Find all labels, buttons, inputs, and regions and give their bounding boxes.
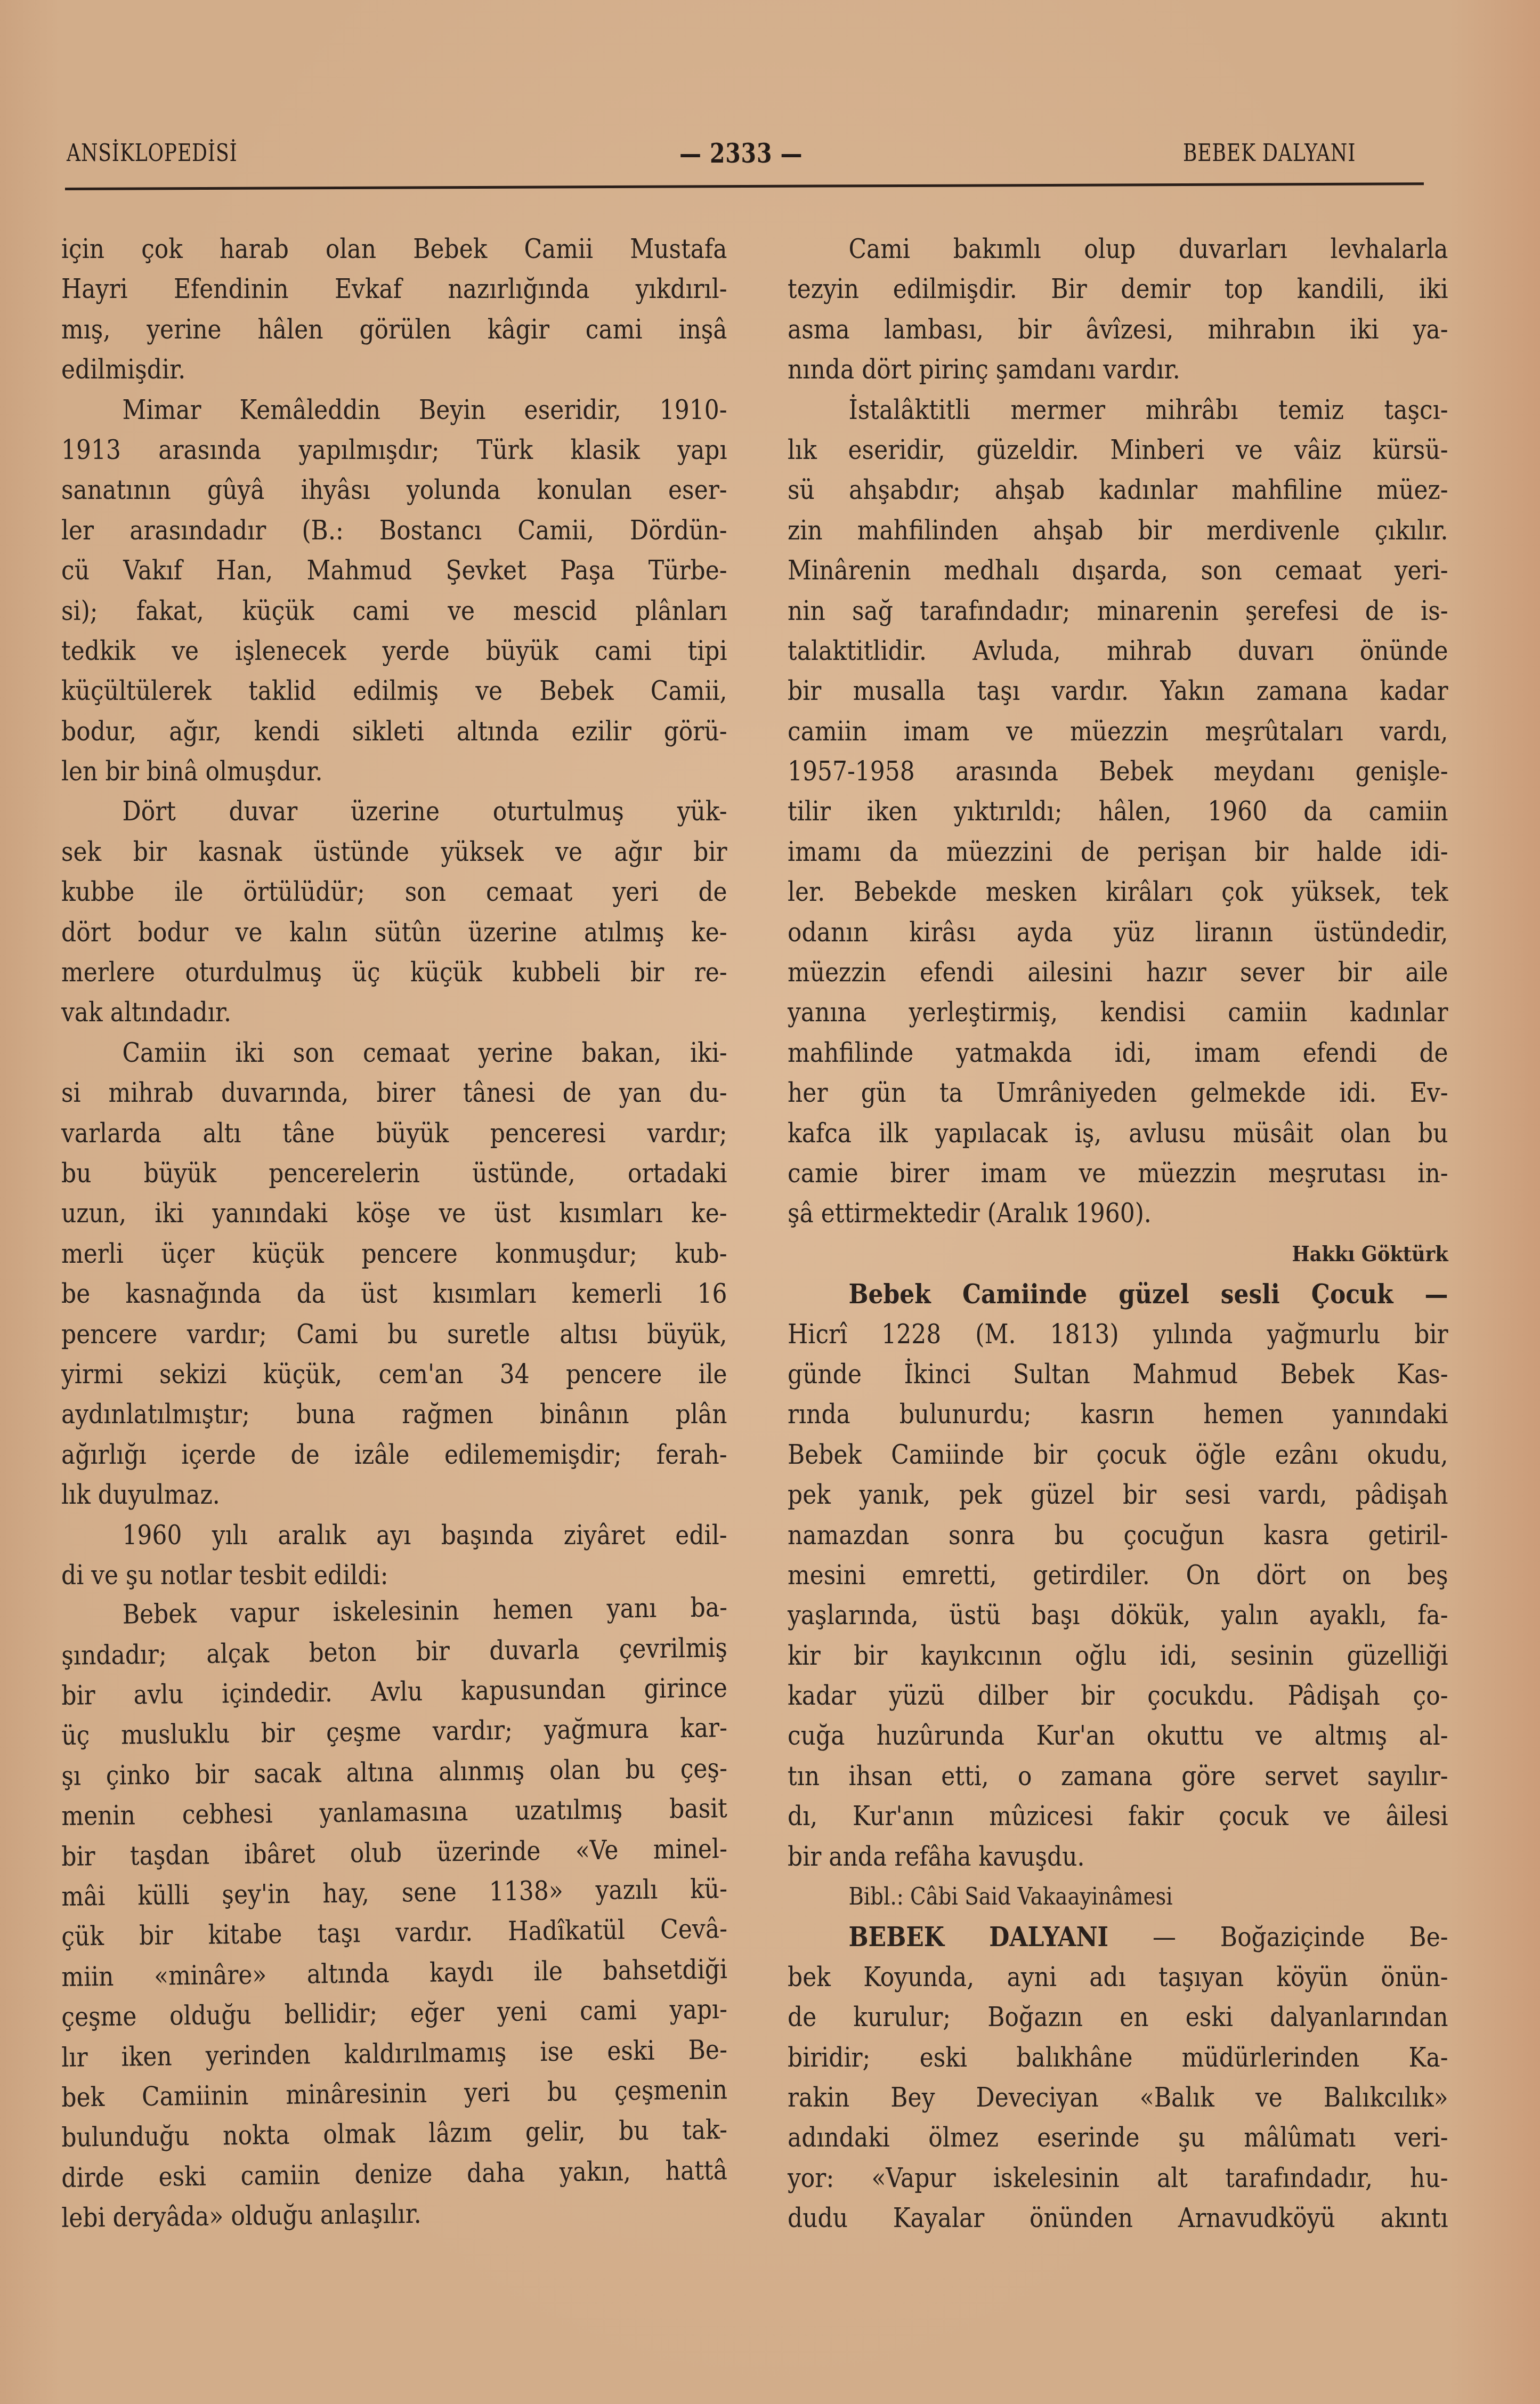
header-publication-title: ANSİKLOPEDİSİ [67,140,238,167]
text-line: Camiin iki son cemaat yerine bakan, iki- [61,1033,727,1073]
text-line: Minârenin medhalı dışarda, son cemaat ye… [788,551,1448,591]
text-line: uzun, iki yanındaki köşe ve üst kısımlar… [61,1193,727,1233]
text-line: bir musalla taşı vardır. Yakın zamana ka… [788,671,1448,711]
text-line: üç musluklu bir çeşme vardır; yağmura ka… [61,1708,727,1756]
text-line: dudu Kayalar önünden Arnavudköyü akıntı [788,2198,1448,2238]
page-number: — 2333 — [679,138,803,169]
text-line: camiin imam ve müezzin meşrûtaları vardı… [788,712,1448,752]
text-line: sü ahşabdır; ahşab kadınlar mahfiline mü… [788,470,1448,510]
text-line: yor: «Vapur iskelesinin alt tarafındadır… [788,2158,1448,2198]
text-line: de kurulur; Boğazın en eski dalyanlarınd… [788,1997,1448,2037]
author-signature: Hakkı Göktürk [788,1234,1448,1274]
text-line: merli üçer küçük pencere konmuşdur; kub- [61,1234,727,1274]
text-line: müezzin efendi ailesini hazır sever bir … [788,953,1448,993]
text-line: odanın kirâsı ayda yüz liranın üstündedi… [788,913,1448,953]
text-line: cü Vakıf Han, Mahmud Şevket Paşa Türbe- [61,551,727,591]
text-line: Mimar Kemâleddin Beyin eseridir, 1910- [61,390,727,430]
text-line: Hicrî 1228 (M. 1813) yılında yağmurlu bi… [788,1314,1448,1354]
text-line: çük bir kitabe taşı vardır. Hadîkatül Ce… [61,1909,727,1957]
text-line: rakin Bey Deveciyan «Balık ve Balıkcılık… [788,2078,1448,2118]
text-line: 1960 yılı aralık ayı başında ziyâret edi… [61,1515,727,1555]
running-header: ANSİKLOPEDİSİ — 2333 — BEBEK DALYANI [67,140,1423,172]
text-line: camie birer imam ve müezzin meşrutası in… [788,1153,1448,1193]
text-line: Bebek Camiinde bir çocuk öğle ezânı okud… [788,1435,1448,1475]
text-line: mesini emretti, getirdiler. On dört on b… [788,1555,1448,1595]
text-line: bek Koyunda, ayni adı taşıyan köyün önün… [788,1957,1448,1997]
text-line: bir anda refâha kavuşdu. [788,1837,1448,1877]
text-line: Bebek vapur iskelesinin hemen yanı ba- [61,1587,727,1635]
encyclopedia-page: ANSİKLOPEDİSİ — 2333 — BEBEK DALYANI içi… [0,0,1540,2404]
text-line: günde İkinci Sultan Mahmud Bebek Kas- [788,1354,1448,1394]
text-line: yirmi sekizi küçük, cem'an 34 pencere il… [61,1354,727,1394]
text-line: mahfilinde yatmakda idi, imam efendi de [788,1033,1448,1073]
text-line: len bir binâ olmuşdur. [61,752,727,792]
text-line: kafca ilk yapılacak iş, avlusu müsâit ol… [788,1114,1448,1153]
bibliography: Bibl.: Câbi Said Vakaayinâmesi [788,1877,1448,1917]
text-line: edilmişdir. [61,350,727,390]
text-line: asma lambası, bir âvîzesi, mihrabın iki … [788,310,1448,350]
text-line: aydınlatılmıştır; buna rağmen binânın pl… [61,1394,727,1434]
text-line: kubbe ile örtülüdür; son cemaat yeri de [61,872,727,912]
text-line: adındaki ölmez eserinde şu mâlûmatı veri… [788,2118,1448,2158]
left-column: için çok harab olan Bebek Camii Mustafa … [61,229,727,2239]
text-line: biridir; eski balıkhâne müdürlerinden Ka… [788,2038,1448,2078]
text-line: yanına yerleştirmiş, kendisi camiin kadı… [788,993,1448,1032]
text-line: varlarda altı tâne büyük penceresi vardı… [61,1114,727,1153]
text-line: şâ ettirmektedir (Aralık 1960). [788,1193,1448,1233]
header-entry-title: BEBEK DALYANI [1183,140,1356,167]
text-line: menin cebhesi yanlamasına uzatılmış basi… [61,1788,727,1836]
subsection-title: Bebek Camiinde güzel sesli Çocuk — [788,1274,1448,1314]
text-line: nin sağ tarafındadır; minarenin şerefesi… [788,591,1448,631]
text-line: için çok harab olan Bebek Camii Mustafa [61,229,727,269]
text-line: 1913 arasında yapılmışdır; Türk klasik y… [61,430,727,470]
text-line: tın ihsan etti, o zamana göre servet say… [788,1756,1448,1796]
text-line: bodur, ağır, kendi sikleti altında ezili… [61,712,727,752]
header-rule [65,182,1424,190]
text-line: lık eseridir, güzeldir. Minberi ve vâiz … [788,430,1448,470]
text-line: vak altındadır. [61,993,727,1032]
text-line: si); fakat, küçük cami ve mescid plânlar… [61,591,727,631]
text-line: tedkik ve işlenecek yerde büyük cami tip… [61,631,727,671]
text-line: lık duyulmaz. [61,1475,727,1515]
text-line: Cami bakımlı olup duvarları levhalarla [788,229,1448,269]
text-line: sanatının gûyâ ihyâsı yolunda konulan es… [61,470,727,510]
text-line: Hayri Efendinin Evkaf nazırlığında yıkdı… [61,269,727,309]
text-line: nında dört pirinç şamdanı vardır. [788,350,1448,390]
text-line: Dört duvar üzerine oturtulmuş yük- [61,792,727,832]
text-line: dı, Kur'anın mûzicesi fakir çocuk ve âil… [788,1796,1448,1836]
text-line: tezyin edilmişdir. Bir demir top kandili… [788,269,1448,309]
text-line: İstalâktitli mermer mihrâbı temiz taşcı- [788,390,1448,430]
text-line: dört bodur ve kalın sütûn üzerine atılmı… [61,913,727,953]
text-line: yaşlarında, üstü başı dökük, yalın ayakl… [788,1595,1448,1635]
text-line: lebi deryâda» olduğu anlaşılır. [61,2190,727,2238]
text-line: ler. Bebekde mesken kirâları çok yüksek,… [788,872,1448,912]
text-line: merlere oturdulmuş üç küçük kubbeli bir … [61,953,727,993]
text-line: cuğa huzûrunda Kur'an okuttu ve altmış a… [788,1716,1448,1756]
text-line: imamı da müezzini de perişan bir halde i… [788,832,1448,872]
text-line: kadar yüzü dilber bir çocukdu. Pâdişah ç… [788,1676,1448,1716]
right-column: Cami bakımlı olup duvarları levhalarla t… [788,229,1448,2239]
text-line: zin mahfilinden ahşab bir merdivenle çık… [788,511,1448,551]
text-line: ağırlığı içerde de izâle edilememişdir; … [61,1435,727,1475]
text-line: sek bir kasnak üstünde yüksek ve ağır bi… [61,832,727,872]
text-line: kir bir kayıkcının oğlu idi, sesinin güz… [788,1636,1448,1676]
text-line: pek yanık, pek güzel bir sesi vardı, pâd… [788,1475,1448,1515]
text-line: küçültülerek taklid edilmiş ve Bebek Cam… [61,671,727,711]
text-line: 1957-1958 arasında Bebek meydanı genişle… [788,752,1448,792]
text-line: çeşme olduğu bellidir; eğer yeni cami ya… [61,1989,727,2037]
entry-first-line-text: — Boğaziçinde Be- [1153,1922,1448,1953]
text-line: talaktitlidir. Avluda, mihrab duvarı önü… [788,631,1448,671]
text-line: pencere vardır; Cami bu suretle altısı b… [61,1314,727,1354]
text-line: ler arasındadır (B.: Bostancı Camii, Dör… [61,511,727,551]
text-line: bulunduğu nokta olmak lâzım gelir, bu ta… [61,2110,727,2158]
text-line: rında bulunurdu; kasrın hemen yanındaki [788,1394,1448,1434]
text-line: tilir iken yıktırıldı; hâlen, 1960 da ca… [788,792,1448,832]
entry-headword: BEBEK DALYANI [848,1921,1108,1953]
text-line: namazdan sonra bu çocuğun kasra getiril- [788,1515,1448,1555]
entry-first-line: BEBEK DALYANI — Boğaziçinde Be- [788,1917,1448,1957]
text-line: mış, yerine hâlen görülen kâgir cami inş… [61,310,727,350]
text-line: be kasnağında da üst kısımları kemerli 1… [61,1274,727,1314]
text-line: bu büyük pencerelerin üstünde, ortadaki [61,1153,727,1193]
text-line: her gün ta Umrâniyeden gelmekde idi. Ev- [788,1073,1448,1113]
text-line: si mihrab duvarında, birer tânesi de yan… [61,1073,727,1113]
